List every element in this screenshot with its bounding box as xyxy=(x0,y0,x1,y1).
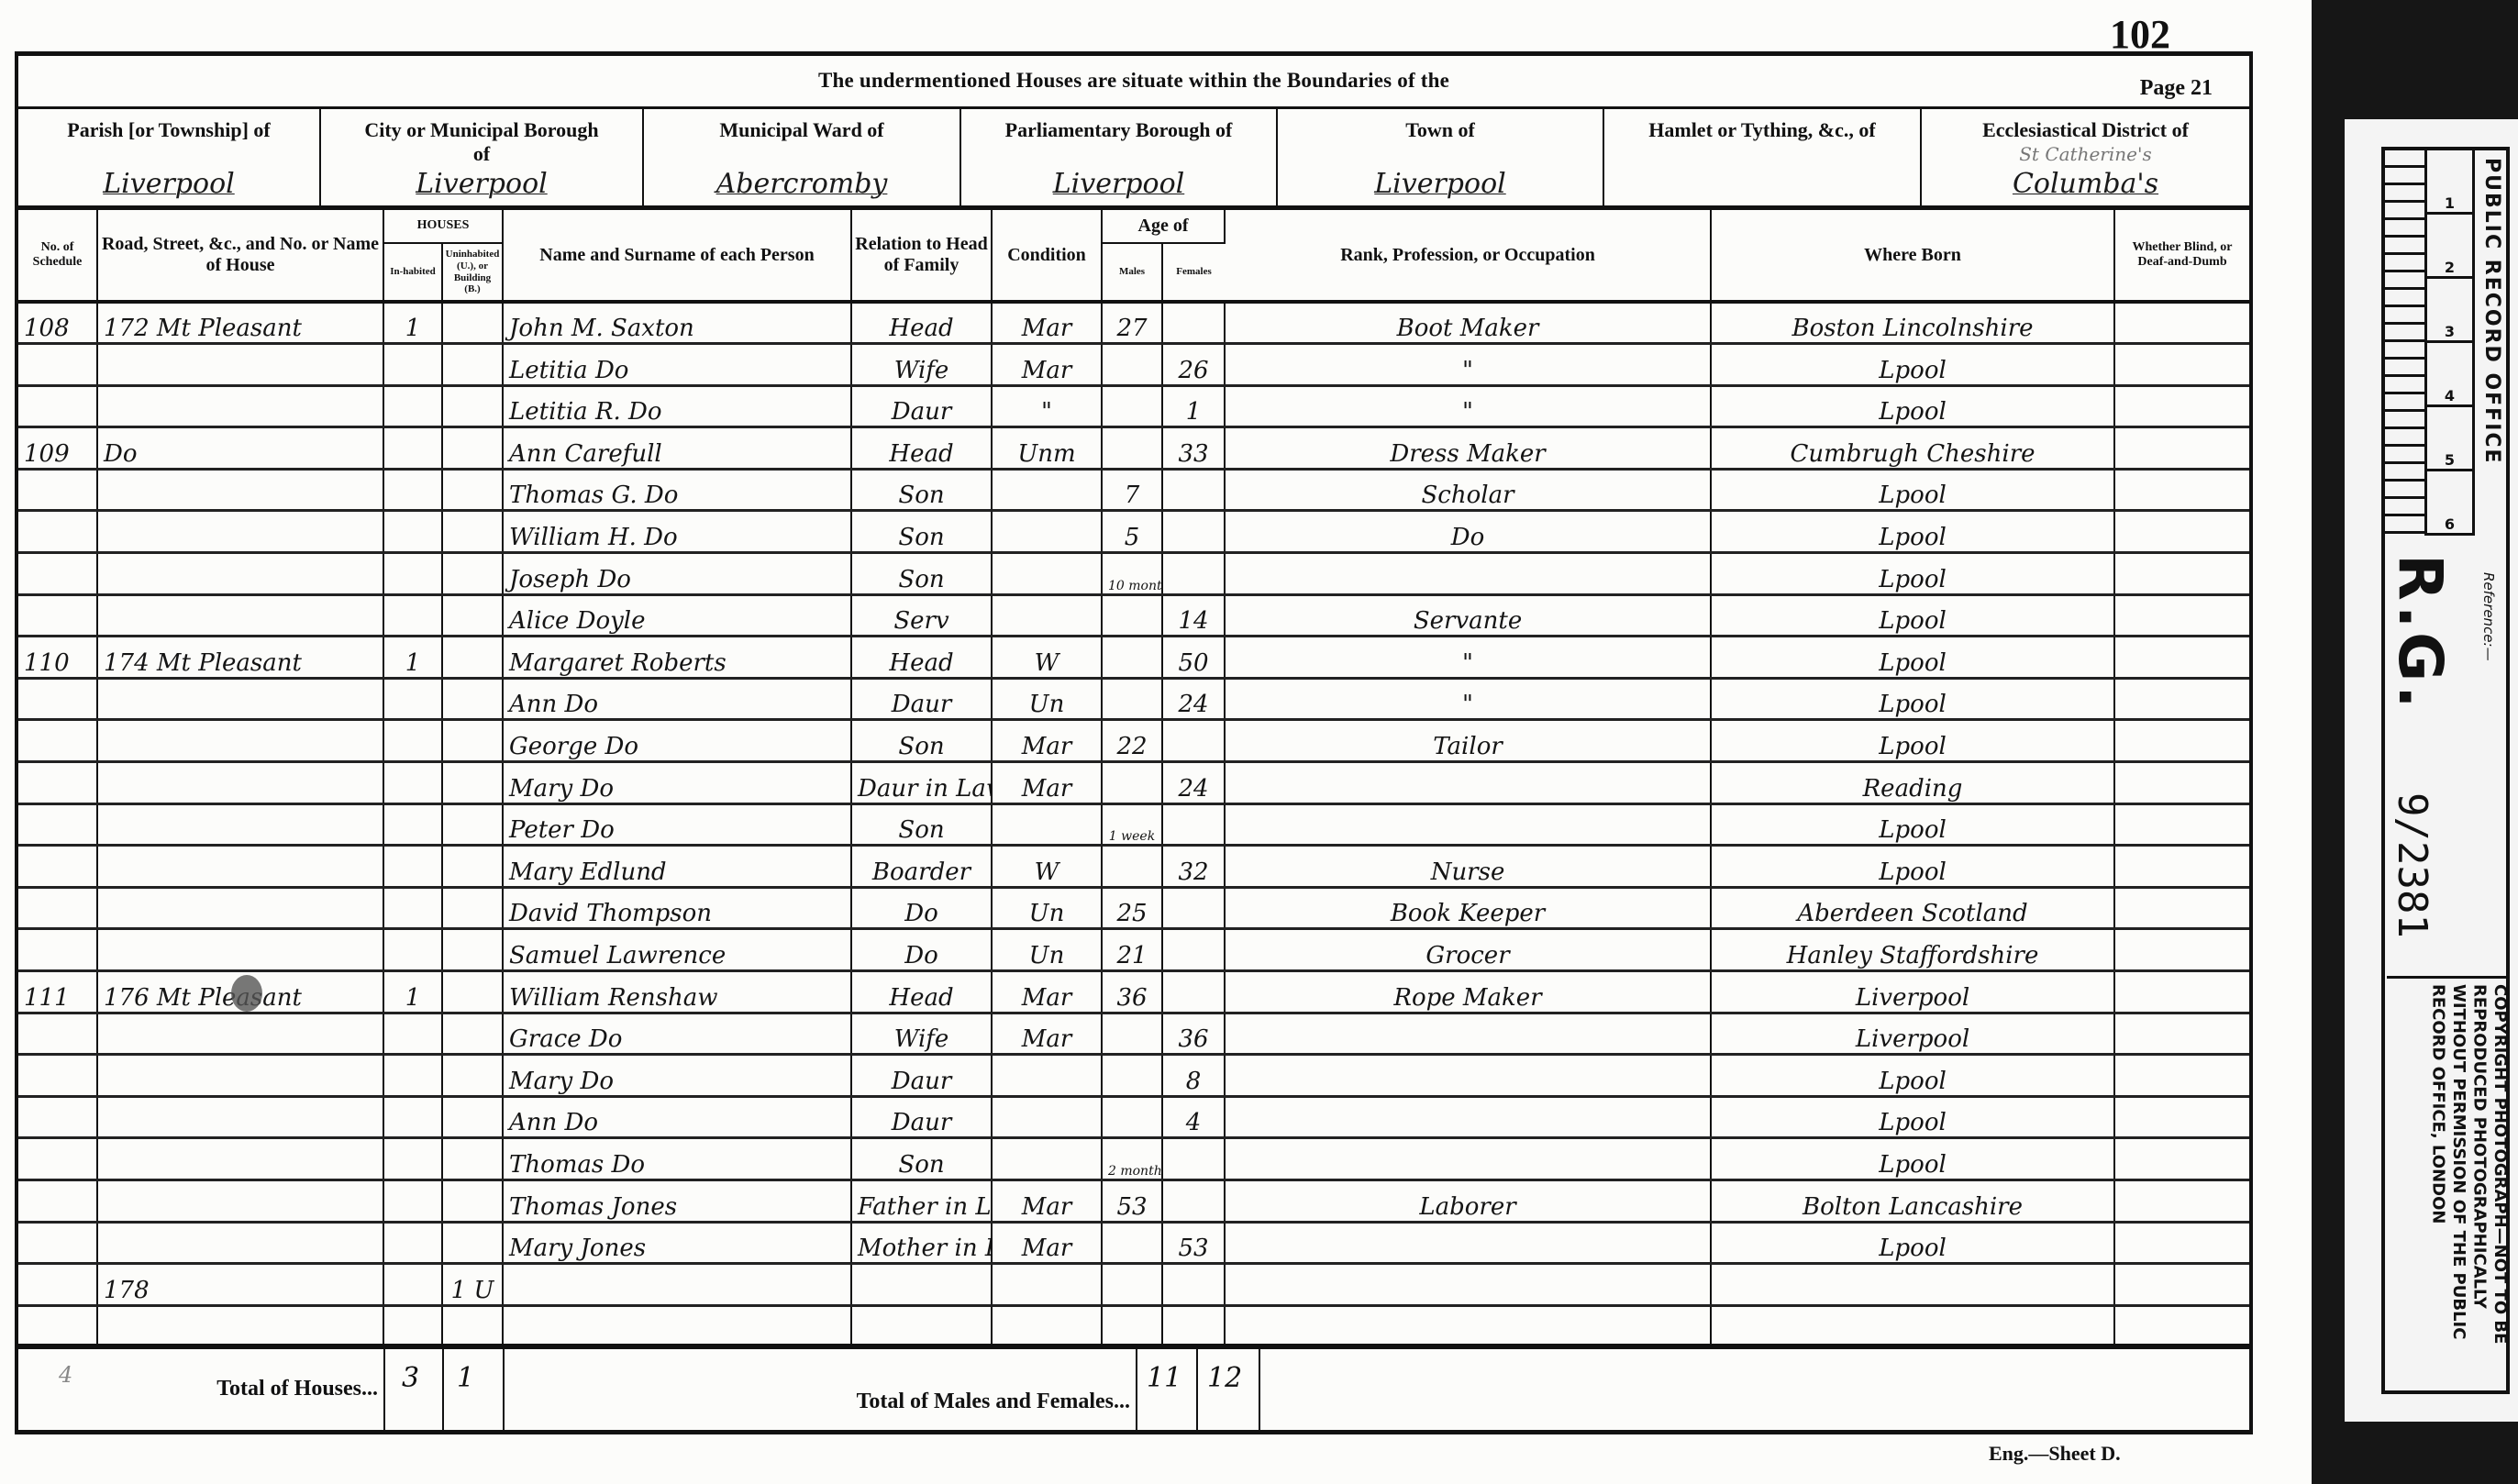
name-cell: Thomas Jones xyxy=(503,1179,851,1222)
inhabited-cell xyxy=(383,929,442,971)
schedule-cell: 109 xyxy=(18,427,97,470)
age-male-cell xyxy=(1102,1096,1162,1138)
blind-deaf-cell xyxy=(2114,1096,2249,1138)
age-male-cell xyxy=(1102,678,1162,720)
district-header: Parish [or Township] of Liverpool City o… xyxy=(18,109,2249,210)
blind-deaf-cell xyxy=(2114,1222,2249,1264)
age-male-cell: 22 xyxy=(1102,720,1162,762)
address-cell xyxy=(97,678,383,720)
census-form: The undermentioned Houses are situate wi… xyxy=(15,51,2253,1434)
table-row xyxy=(18,1305,2249,1347)
total-uninhabited: 1 xyxy=(457,1362,474,1394)
inhabited-cell xyxy=(383,887,442,929)
uninhabited-cell xyxy=(442,762,503,804)
where-born-cell: Lpool xyxy=(1711,469,2114,511)
table-row: David ThompsonDoUn25Book KeeperAberdeen … xyxy=(18,887,2249,929)
age-male-cell xyxy=(1102,1055,1162,1097)
age-female-cell: 33 xyxy=(1162,427,1225,470)
relation-cell: Father in Law xyxy=(851,1179,992,1222)
uninhabited-cell xyxy=(442,1013,503,1055)
age-male-cell xyxy=(1102,1264,1162,1306)
condition-cell: Mar xyxy=(992,1179,1102,1222)
name-cell: Mary Do xyxy=(503,1055,851,1097)
blind-deaf-cell xyxy=(2114,1055,2249,1097)
condition-cell: Mar xyxy=(992,1013,1102,1055)
blind-deaf-cell xyxy=(2114,678,2249,720)
col-inhabited: In-habited xyxy=(383,243,442,302)
address-cell xyxy=(97,469,383,511)
occupation-cell: Servante xyxy=(1225,594,1711,637)
blind-deaf-cell xyxy=(2114,594,2249,637)
name-cell: Samuel Lawrence xyxy=(503,929,851,971)
inhabited-cell xyxy=(383,1305,442,1347)
condition-cell: Un xyxy=(992,678,1102,720)
uninhabited-cell xyxy=(442,427,503,470)
total-persons-label: Total of Males and Females... xyxy=(857,1390,1130,1414)
where-born-cell: Lpool xyxy=(1711,678,2114,720)
occupation-cell: " xyxy=(1225,385,1711,427)
inhabited-cell xyxy=(383,511,442,553)
occupation-cell: Do xyxy=(1225,511,1711,553)
inhabited-cell xyxy=(383,1096,442,1138)
table-row: Thomas JonesFather in LawMar53LaborerBol… xyxy=(18,1179,2249,1222)
table-row: 108172 Mt Pleasant1John M. SaxtonHeadMar… xyxy=(18,302,2249,344)
blind-deaf-cell xyxy=(2114,1138,2249,1180)
schedule-cell: 111 xyxy=(18,971,97,1013)
schedule-cell: 110 xyxy=(18,637,97,679)
measurement-ruler xyxy=(2385,150,2427,536)
uninhabited-cell xyxy=(442,385,503,427)
address-cell xyxy=(97,1179,383,1222)
age-male-cell xyxy=(1102,1013,1162,1055)
total-males: 11 xyxy=(1147,1362,1181,1394)
uninhabited-cell xyxy=(442,1138,503,1180)
name-cell: Grace Do xyxy=(503,1013,851,1055)
col-males: Males xyxy=(1102,243,1162,302)
occupation-cell: " xyxy=(1225,678,1711,720)
age-female-cell xyxy=(1162,511,1225,553)
inhabited-cell xyxy=(383,1222,442,1264)
where-born-cell: Lpool xyxy=(1711,1055,2114,1097)
table-row: Thomas DoSon2 monthsLpool xyxy=(18,1138,2249,1180)
blind-deaf-cell xyxy=(2114,803,2249,846)
address-cell xyxy=(97,1138,383,1180)
where-born-cell: Lpool xyxy=(1711,344,2114,386)
blind-deaf-cell xyxy=(2114,846,2249,888)
relation-cell xyxy=(851,1264,992,1306)
schedule-cell xyxy=(18,511,97,553)
name-cell: Thomas Do xyxy=(503,1138,851,1180)
address-cell xyxy=(97,344,383,386)
col-name: Name and Surname of each Person xyxy=(503,210,851,302)
uninhabited-cell xyxy=(442,302,503,344)
table-row: Mary DoDaur8Lpool xyxy=(18,1055,2249,1097)
where-born-cell: Lpool xyxy=(1711,1138,2114,1180)
col-schedule: No. of Schedule xyxy=(18,210,97,302)
occupation-cell xyxy=(1225,1305,1711,1347)
name-cell: Mary Edlund xyxy=(503,846,851,888)
address-cell xyxy=(97,720,383,762)
relation-cell: Serv xyxy=(851,594,992,637)
archive-stamp: 1 2 3 4 5 6 PUBLIC RECORD OFFICE R.G. Re… xyxy=(2345,119,2518,1422)
total-inhabited: 3 xyxy=(402,1362,419,1394)
col-age: Age of xyxy=(1102,210,1225,243)
where-born-cell: Lpool xyxy=(1711,385,2114,427)
relation-cell: Wife xyxy=(851,1013,992,1055)
address-cell xyxy=(97,887,383,929)
table-row: George DoSonMar22TailorLpool xyxy=(18,720,2249,762)
uninhabited-cell xyxy=(442,1096,503,1138)
district-hamlet: Hamlet or Tything, &c., of xyxy=(1604,109,1922,205)
age-female-cell: 32 xyxy=(1162,846,1225,888)
series-code: R.G. xyxy=(2385,554,2456,712)
district-ecclesiastical: Ecclesiastical District of St Catherine'… xyxy=(1922,109,2249,205)
col-address: Road, Street, &c., and No. or Name of Ho… xyxy=(97,210,383,302)
occupation-cell xyxy=(1225,1096,1711,1138)
address-cell xyxy=(97,553,383,595)
uninhabited-cell xyxy=(442,1222,503,1264)
occupation-cell xyxy=(1225,553,1711,595)
occupation-cell: Rope Maker xyxy=(1225,971,1711,1013)
age-female-cell xyxy=(1162,929,1225,971)
blind-deaf-cell xyxy=(2114,1305,2249,1347)
archive-stamp-frame: 1 2 3 4 5 6 PUBLIC RECORD OFFICE R.G. Re… xyxy=(2381,147,2510,1394)
where-born-cell: Liverpool xyxy=(1711,1013,2114,1055)
relation-cell: Do xyxy=(851,887,992,929)
col-occupation: Rank, Profession, or Occupation xyxy=(1225,210,1711,302)
name-cell: William H. Do xyxy=(503,511,851,553)
name-cell: George Do xyxy=(503,720,851,762)
schedule-cell xyxy=(18,1179,97,1222)
blind-deaf-cell xyxy=(2114,1179,2249,1222)
col-condition: Condition xyxy=(992,210,1102,302)
table-row: William H. DoSon5DoLpool xyxy=(18,511,2249,553)
occupation-cell: " xyxy=(1225,637,1711,679)
totals-persons-label-cell: Total of Males and Females... xyxy=(505,1349,1137,1434)
total-houses-label: Total of Houses... xyxy=(216,1377,378,1401)
inhabited-cell xyxy=(383,1013,442,1055)
relation-cell: Daur xyxy=(851,1055,992,1097)
where-born-cell: Lpool xyxy=(1711,1096,2114,1138)
table-row: 111176 Mt Pleasant1William RenshawHeadMa… xyxy=(18,971,2249,1013)
where-born-cell: Lpool xyxy=(1711,846,2114,888)
address-cell: 172 Mt Pleasant xyxy=(97,302,383,344)
where-born-cell: Bolton Lancashire xyxy=(1711,1179,2114,1222)
table-row: 1781 U xyxy=(18,1264,2249,1306)
occupation-cell: Dress Maker xyxy=(1225,427,1711,470)
age-male-cell: 27 xyxy=(1102,302,1162,344)
table-row: Alice DoyleServ14ServanteLpool xyxy=(18,594,2249,637)
table-row: Peter DoSon1 weekLpool xyxy=(18,803,2249,846)
col-relation: Relation to Head of Family xyxy=(851,210,992,302)
table-row: Ann DoDaur4Lpool xyxy=(18,1096,2249,1138)
age-female-cell: 53 xyxy=(1162,1222,1225,1264)
blind-deaf-cell xyxy=(2114,344,2249,386)
age-male-cell: 2 months xyxy=(1102,1138,1162,1180)
age-female-cell xyxy=(1162,1179,1225,1222)
age-female-cell: 4 xyxy=(1162,1096,1225,1138)
uninhabited-cell xyxy=(442,594,503,637)
relation-cell: Son xyxy=(851,553,992,595)
blind-deaf-cell xyxy=(2114,511,2249,553)
total-inhabited-cell: 3 xyxy=(385,1349,444,1434)
occupation-cell: Grocer xyxy=(1225,929,1711,971)
age-female-cell xyxy=(1162,887,1225,929)
total-females-cell: 12 xyxy=(1198,1349,1260,1434)
blind-deaf-cell xyxy=(2114,929,2249,971)
col-where-born: Where Born xyxy=(1711,210,2114,302)
occupation-cell xyxy=(1225,803,1711,846)
condition-cell xyxy=(992,803,1102,846)
inhabited-cell xyxy=(383,720,442,762)
blind-deaf-cell xyxy=(2114,385,2249,427)
uninhabited-cell xyxy=(442,678,503,720)
table-row: Joseph DoSon10 monthsLpool xyxy=(18,553,2249,595)
age-male-cell xyxy=(1102,594,1162,637)
address-cell xyxy=(97,762,383,804)
name-cell xyxy=(503,1305,851,1347)
where-born-cell: Lpool xyxy=(1711,720,2114,762)
schedule-cell xyxy=(18,1138,97,1180)
schedule-cell xyxy=(18,553,97,595)
schedule-cell xyxy=(18,846,97,888)
schedule-cell xyxy=(18,803,97,846)
condition-cell: Mar xyxy=(992,1222,1102,1264)
table-row: Letitia DoWifeMar26"Lpool xyxy=(18,344,2249,386)
uninhabited-cell xyxy=(442,1179,503,1222)
table-row: Thomas G. DoSon7ScholarLpool xyxy=(18,469,2249,511)
total-males-cell: 11 xyxy=(1137,1349,1198,1434)
schedule-cell xyxy=(18,344,97,386)
address-cell xyxy=(97,803,383,846)
condition-cell xyxy=(992,594,1102,637)
age-male-cell xyxy=(1102,1305,1162,1347)
uninhabited-cell xyxy=(442,803,503,846)
age-male-cell xyxy=(1102,385,1162,427)
table-row: Mary DoDaur in LawMar24Reading xyxy=(18,762,2249,804)
schedule-cell xyxy=(18,720,97,762)
blind-deaf-cell xyxy=(2114,469,2249,511)
condition-cell: Mar xyxy=(992,344,1102,386)
uninhabited-cell xyxy=(442,511,503,553)
blind-deaf-cell xyxy=(2114,637,2249,679)
occupation-cell: Tailor xyxy=(1225,720,1711,762)
relation-cell: Do xyxy=(851,929,992,971)
age-female-cell xyxy=(1162,1138,1225,1180)
table-row: 109DoAnn CarefullHeadUnm33Dress MakerCum… xyxy=(18,427,2249,470)
age-male-cell: 5 xyxy=(1102,511,1162,553)
name-cell: Margaret Roberts xyxy=(503,637,851,679)
blind-deaf-cell xyxy=(2114,302,2249,344)
relation-cell xyxy=(851,1305,992,1347)
age-female-cell: 8 xyxy=(1162,1055,1225,1097)
condition-cell: Mar xyxy=(992,971,1102,1013)
blind-deaf-cell xyxy=(2114,427,2249,470)
where-born-cell: Lpool xyxy=(1711,637,2114,679)
uninhabited-cell xyxy=(442,887,503,929)
col-uninhabited: Uninhabited (U.), or Building (B.) xyxy=(442,243,503,302)
inhabited-cell xyxy=(383,469,442,511)
where-born-cell: Reading xyxy=(1711,762,2114,804)
boundaries-banner: The undermentioned Houses are situate wi… xyxy=(18,56,2249,109)
name-cell: Ann Do xyxy=(503,1096,851,1138)
where-born-cell: Lpool xyxy=(1711,1222,2114,1264)
inhabited-cell xyxy=(383,1264,442,1306)
district-municipal-ward: Municipal Ward of Abercromby xyxy=(644,109,961,205)
relation-cell: Son xyxy=(851,803,992,846)
scale-boxes: 1 2 3 4 5 6 xyxy=(2427,150,2475,536)
where-born-cell: Lpool xyxy=(1711,803,2114,846)
table-row: Ann DoDaurUn24"Lpool xyxy=(18,678,2249,720)
age-male-cell: 1 week xyxy=(1102,803,1162,846)
schedule-cell xyxy=(18,594,97,637)
inhabited-cell xyxy=(383,427,442,470)
age-female-cell xyxy=(1162,720,1225,762)
relation-cell: Daur xyxy=(851,678,992,720)
relation-cell: Son xyxy=(851,1138,992,1180)
name-cell: David Thompson xyxy=(503,887,851,929)
relation-cell: Head xyxy=(851,427,992,470)
age-male-cell: 21 xyxy=(1102,929,1162,971)
blind-deaf-cell xyxy=(2114,762,2249,804)
inhabited-cell xyxy=(383,594,442,637)
age-female-cell: 1 xyxy=(1162,385,1225,427)
occupation-cell xyxy=(1225,1013,1711,1055)
occupation-cell xyxy=(1225,1222,1711,1264)
totals-houses-label-cell: 4 Total of Houses... xyxy=(18,1349,385,1434)
name-cell: Joseph Do xyxy=(503,553,851,595)
household-rows: 108172 Mt Pleasant1John M. SaxtonHeadMar… xyxy=(18,302,2249,1347)
schedule-cell xyxy=(18,469,97,511)
uninhabited-cell xyxy=(442,971,503,1013)
address-cell: 178 xyxy=(97,1264,383,1306)
address-cell: 174 Mt Pleasant xyxy=(97,637,383,679)
name-cell: Thomas G. Do xyxy=(503,469,851,511)
inhabited-cell xyxy=(383,846,442,888)
table-row: Mary EdlundBoarderW32NurseLpool xyxy=(18,846,2249,888)
blind-deaf-cell xyxy=(2114,720,2249,762)
relation-cell: Daur xyxy=(851,1096,992,1138)
where-born-cell: Lpool xyxy=(1711,594,2114,637)
age-female-cell: 24 xyxy=(1162,678,1225,720)
age-male-cell xyxy=(1102,427,1162,470)
condition-cell: Mar xyxy=(992,302,1102,344)
occupation-cell: Nurse xyxy=(1225,846,1711,888)
inhabited-cell xyxy=(383,553,442,595)
table-row: Samuel LawrenceDoUn21GrocerHanley Staffo… xyxy=(18,929,2249,971)
district-city: City or Municipal Borough of Liverpool xyxy=(321,109,644,205)
where-born-cell xyxy=(1711,1305,2114,1347)
name-cell: Alice Doyle xyxy=(503,594,851,637)
uninhabited-cell xyxy=(442,1305,503,1347)
inhabited-cell xyxy=(383,385,442,427)
condition-cell xyxy=(992,1264,1102,1306)
age-female-cell xyxy=(1162,1305,1225,1347)
relation-cell: Son xyxy=(851,511,992,553)
col-houses: HOUSES xyxy=(383,210,503,243)
occupation-cell xyxy=(1225,1138,1711,1180)
occupation-cell xyxy=(1225,1264,1711,1306)
where-born-cell: Aberdeen Scotland xyxy=(1711,887,2114,929)
relation-cell: Son xyxy=(851,720,992,762)
margin-mark: 4 xyxy=(59,1362,72,1388)
relation-cell: Daur in Law xyxy=(851,762,992,804)
uninhabited-cell: 1 U xyxy=(442,1264,503,1306)
inhabited-cell xyxy=(383,1055,442,1097)
condition-cell xyxy=(992,1055,1102,1097)
uninhabited-cell xyxy=(442,929,503,971)
schedule-cell xyxy=(18,1096,97,1138)
banner-text: The undermentioned Houses are situate wi… xyxy=(18,69,2249,93)
relation-cell: Son xyxy=(851,469,992,511)
schedule-cell: 108 xyxy=(18,302,97,344)
age-female-cell xyxy=(1162,553,1225,595)
ink-blot xyxy=(231,975,262,1012)
uninhabited-cell xyxy=(442,344,503,386)
age-female-cell: 26 xyxy=(1162,344,1225,386)
uninhabited-cell xyxy=(442,469,503,511)
page-number: Page 21 xyxy=(2140,76,2213,101)
uninhabited-cell xyxy=(442,553,503,595)
inhabited-cell xyxy=(383,1179,442,1222)
age-female-cell xyxy=(1162,469,1225,511)
age-male-cell xyxy=(1102,1222,1162,1264)
blind-deaf-cell xyxy=(2114,1264,2249,1306)
condition-cell xyxy=(992,553,1102,595)
schedule-cell xyxy=(18,887,97,929)
blind-deaf-cell xyxy=(2114,553,2249,595)
inhabited-cell xyxy=(383,803,442,846)
age-male-cell: 25 xyxy=(1102,887,1162,929)
condition-cell: " xyxy=(992,385,1102,427)
name-cell: Mary Jones xyxy=(503,1222,851,1264)
household-table: No. of Schedule Road, Street, &c., and N… xyxy=(18,210,2249,1348)
reference-number: 9/2381 xyxy=(2389,792,2435,938)
district-town: Town of Liverpool xyxy=(1278,109,1604,205)
age-male-cell: 10 months xyxy=(1102,553,1162,595)
relation-cell: Boarder xyxy=(851,846,992,888)
district-parish: Parish [or Township] of Liverpool xyxy=(18,109,321,205)
occupation-cell: Boot Maker xyxy=(1225,302,1711,344)
relation-cell: Daur xyxy=(851,385,992,427)
reference-label: Reference:— xyxy=(2480,572,2497,661)
occupation-cell xyxy=(1225,1055,1711,1097)
name-cell: Mary Do xyxy=(503,762,851,804)
name-cell: John M. Saxton xyxy=(503,302,851,344)
census-page: 102 The undermentioned Houses are situat… xyxy=(0,0,2312,1484)
total-uninhabited-cell: 1 xyxy=(444,1349,505,1434)
address-cell xyxy=(97,929,383,971)
condition-cell xyxy=(992,1096,1102,1138)
uninhabited-cell xyxy=(442,846,503,888)
where-born-cell: Lpool xyxy=(1711,511,2114,553)
age-female-cell xyxy=(1162,1264,1225,1306)
totals-row: 4 Total of Houses... 3 1 Total of Males … xyxy=(18,1344,2249,1434)
schedule-cell xyxy=(18,385,97,427)
condition-cell xyxy=(992,511,1102,553)
inhabited-cell xyxy=(383,678,442,720)
schedule-cell xyxy=(18,1055,97,1097)
age-male-cell xyxy=(1102,637,1162,679)
where-born-cell: Hanley Staffordshire xyxy=(1711,929,2114,971)
name-cell: Ann Carefull xyxy=(503,427,851,470)
address-cell xyxy=(97,1013,383,1055)
blind-deaf-cell xyxy=(2114,1013,2249,1055)
condition-cell: W xyxy=(992,846,1102,888)
condition-cell: Mar xyxy=(992,762,1102,804)
name-cell xyxy=(503,1264,851,1306)
blind-deaf-cell xyxy=(2114,971,2249,1013)
